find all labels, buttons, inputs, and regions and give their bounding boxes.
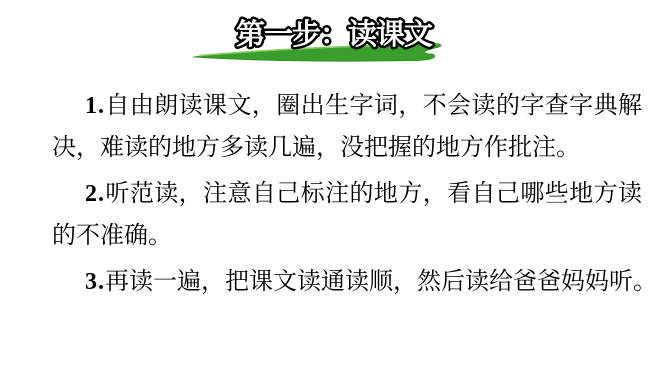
lesson-steps-text: 1.自由朗读课文，圈出生字词，不会读的字查字典解决，难读的地方多读几遍，没把握的… [52, 85, 642, 307]
title-banner: 第一步：读课文 [0, 0, 668, 72]
paragraph-1-number: 1. [85, 93, 105, 119]
slide: 第一步：读课文 1.自由朗读课文，圈出生字词，不会读的字查字典解决，难读的地方多… [0, 0, 668, 376]
title-banner-graphic: 第一步：读课文 [0, 0, 668, 72]
paragraph-3-text: 再读一遍，把课文读通读顺，然后读给爸爸妈妈听。 [105, 269, 657, 295]
paragraph-1: 1.自由朗读课文，圈出生字词，不会读的字查字典解决，难读的地方多读几遍，没把握的… [52, 85, 642, 169]
paragraph-2-number: 2. [85, 181, 105, 207]
paragraph-2-text: 听范读，注意自己标注的地方，看自己哪些地方读的不准确。 [52, 181, 642, 249]
paragraph-3-number: 3. [85, 269, 105, 295]
paragraph-2: 2.听范读，注意自己标注的地方，看自己哪些地方读的不准确。 [52, 173, 642, 257]
paragraph-3: 3.再读一遍，把课文读通读顺，然后读给爸爸妈妈听。 [52, 261, 642, 303]
paragraph-1-text: 自由朗读课文，圈出生字词，不会读的字查字典解决，难读的地方多读几遍，没把握的地方… [52, 93, 642, 161]
page-title: 第一步：读课文 [236, 18, 433, 51]
